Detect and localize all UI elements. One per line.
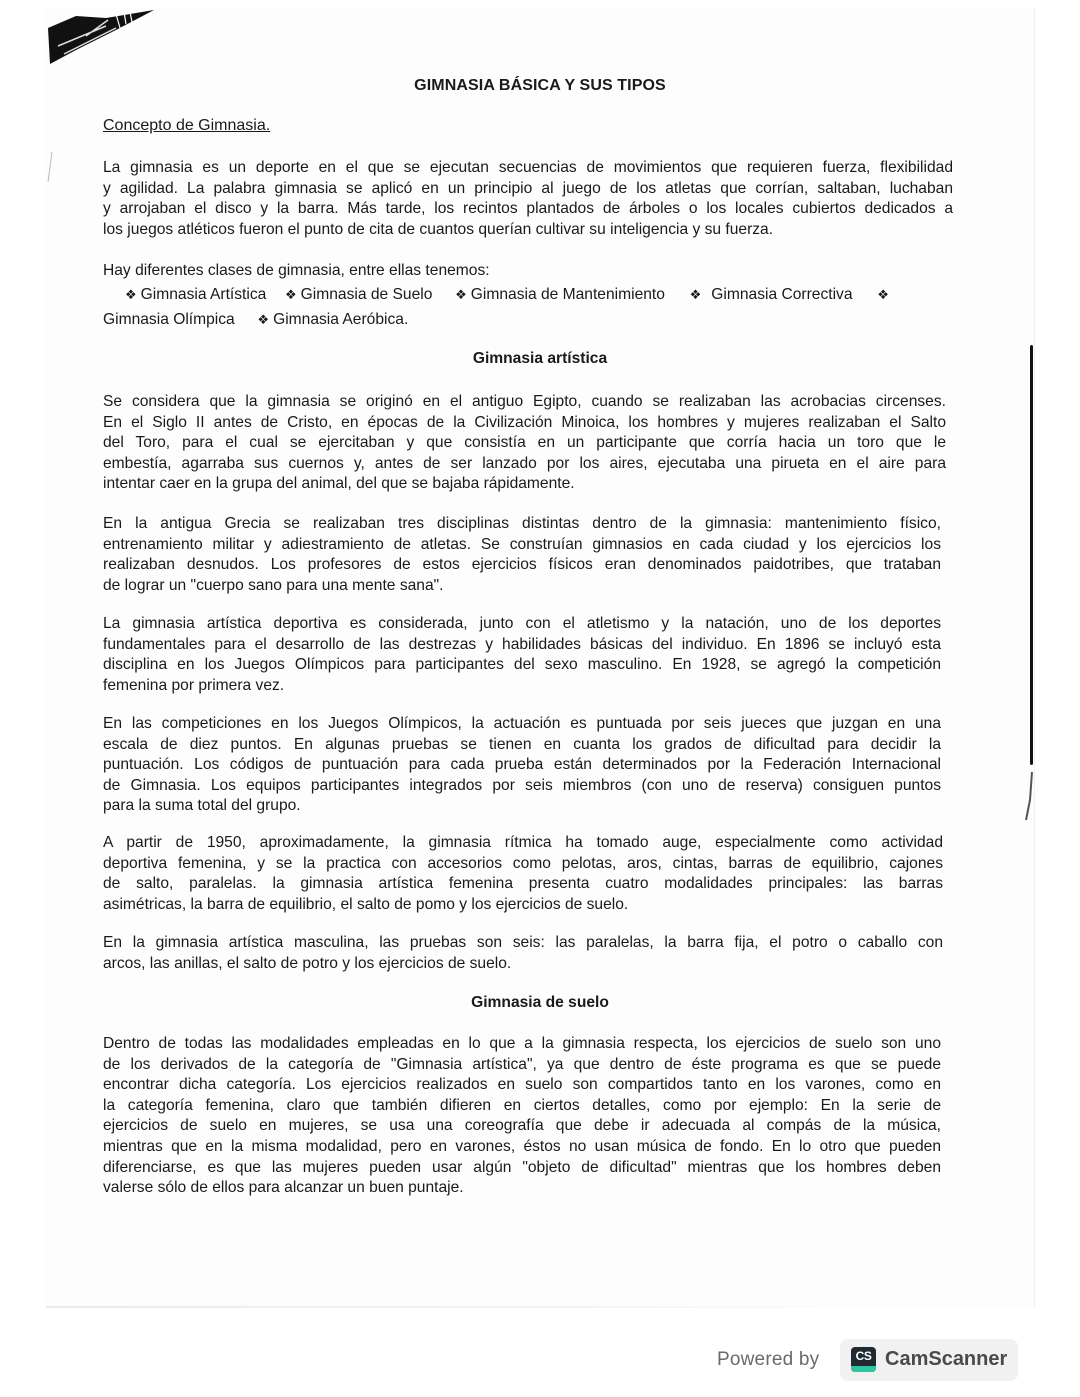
text-line: intentar caer en la grupa del animal, de… [103,474,946,495]
section-heading-suelo: Gimnasia de suelo [0,994,1080,1012]
text-line: de lograr un "cuerpo sano para una mente… [103,576,941,597]
text-line: La gimnasia es un deporte en el que se e… [103,158,953,179]
text-line: femenina por primera vez. [103,676,941,697]
bullet-icon: ❖ [455,287,467,302]
artistica-paragraph-2: En la antigua Grecia se realizaban tres … [103,514,941,596]
artistica-paragraph-3: La gimnasia artística deportiva es consi… [103,614,941,696]
text-line: entrenamiento militar y adiestramiento d… [103,535,941,556]
text-line: fundamentales para el desarrollo de las … [103,635,941,656]
type-item: Gimnasia Aeróbica. [273,311,408,328]
type-item: Gimnasia Olímpica [103,311,235,328]
intro-paragraph: La gimnasia es un deporte en el que se e… [103,158,953,240]
suelo-paragraph-1: Dentro de todas las modalidades empleada… [103,1034,941,1199]
text-line: asimétricas, la barra de equilibrio, el … [103,895,943,916]
bullet-icon: ❖ [690,287,702,302]
text-line: deportiva femenina, y se la practica con… [103,854,943,875]
text-line: puntuación. Los códigos de puntuación pa… [103,755,941,776]
bullet-icon: ❖ [285,287,297,302]
types-intro: Hay diferentes clases de gimnasia, entre… [103,262,490,280]
artistica-paragraph-1: Se considera que la gimnasia se originó … [103,392,946,495]
bullet-icon: ❖ [877,287,889,302]
text-line: Se considera que la gimnasia se originó … [103,392,946,413]
text-line: valerse sólo de ellos para alcanzar un b… [103,1178,941,1199]
text-line: En las competiciones en los Juegos Olímp… [103,714,941,735]
text-line: disciplina en los Juegos Olímpicos para … [103,655,941,676]
type-item: Gimnasia Artística [141,286,267,303]
text-line: mientras que en la misma modalidad, pero… [103,1137,941,1158]
text-line: de salto, paralelas. la gimnasia artísti… [103,874,943,895]
text-line: los juegos atléticos fueron el punto de … [103,220,953,241]
text-line: La gimnasia artística deportiva es consi… [103,614,941,635]
text-line: y arrojaban el disco y la barra. Más tar… [103,199,953,220]
concept-heading: Concepto de Gimnasia. [103,117,270,135]
artistica-paragraph-5: A partir de 1950, aproximadamente, la gi… [103,833,943,915]
text-line: embestía, agarraba sus cuernos y, antes … [103,454,946,475]
text-line: A partir de 1950, aproximadamente, la gi… [103,833,943,854]
scan-corner-artifact-icon [46,6,156,68]
text-line: ejercicios de suelo en mujeres, se usa u… [103,1116,941,1137]
scan-edge-bar [1030,345,1033,765]
artistica-paragraph-6: En la gimnasia artística masculina, las … [103,933,943,974]
text-line: En la gimnasia artística masculina, las … [103,933,943,954]
types-list-row-1: ❖Gimnasia Artística ❖Gimnasia de Suelo ❖… [125,286,893,304]
text-line: para la suma total del grupo. [103,796,941,817]
section-heading-artistica: Gimnasia artística [0,350,1080,368]
text-line: encontrar dicha categoría. Los ejercicio… [103,1075,941,1096]
camscanner-brand-name: CamScanner [885,1348,1007,1371]
text-line: y agilidad. La palabra gimnasia se aplic… [103,179,953,200]
text-line: diferenciarse, es que las mujeres pueden… [103,1158,941,1179]
text-line: escala de diez puntos. En algunas prueba… [103,735,941,756]
bullet-icon: ❖ [125,287,137,302]
scan-mark-icon [46,150,54,184]
bullet-icon: ❖ [257,312,269,327]
type-item: Gimnasia de Suelo [301,286,433,303]
text-line: arcos, las anillas, el salto de potro y … [103,954,943,975]
text-line: realizaban desnudos. Los profesores de e… [103,555,941,576]
type-item: Gimnasia de Mantenimiento [471,286,665,303]
text-line: del Toro, para el cual se ejercitaban y … [103,433,946,454]
powered-by-label: Powered by [717,1349,819,1371]
text-line: Dentro de todas las modalidades empleada… [103,1034,941,1055]
camscanner-badge[interactable]: CS CamScanner [840,1339,1018,1381]
text-line: la categoría femenina, claro que también… [103,1096,941,1117]
text-line: de los derivados de la categoría de "Gim… [103,1055,941,1076]
text-line: de Gimnasia. Los equipos participantes i… [103,776,941,797]
camscanner-logo-icon: CS [851,1347,876,1372]
types-list-row-2: Gimnasia Olímpica ❖Gimnasia Aeróbica. [103,311,408,329]
page-edge-shadow [46,1306,946,1308]
scan-smudge-icon [1022,770,1036,830]
text-line: En el Siglo II antes de Cristo, en época… [103,413,946,434]
type-item: Gimnasia Correctiva [711,286,852,303]
text-line: En la antigua Grecia se realizaban tres … [103,514,941,535]
document-title: GIMNASIA BÁSICA Y SUS TIPOS [0,77,1080,95]
artistica-paragraph-4: En las competiciones en los Juegos Olímp… [103,714,941,817]
